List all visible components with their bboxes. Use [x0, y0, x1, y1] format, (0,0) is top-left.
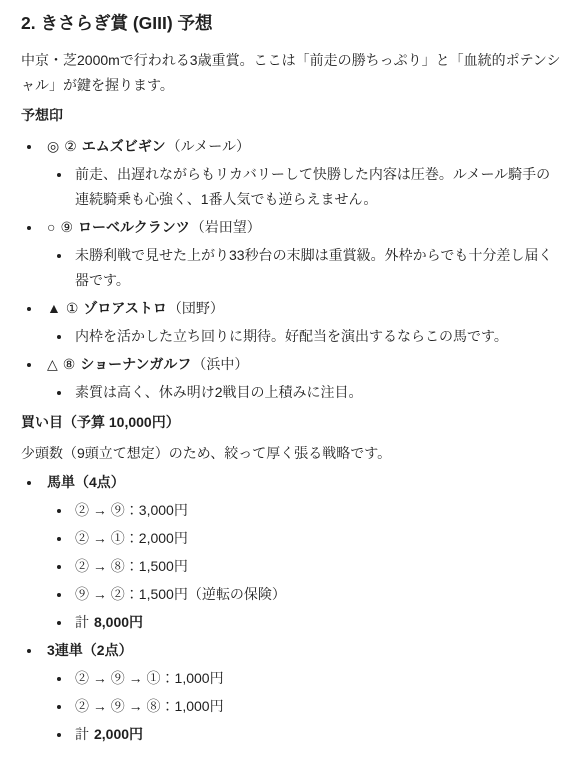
pick-number: ⑧ — [63, 356, 76, 372]
bet-line: ⑨ → ②：1,500円（逆転の保険） — [47, 582, 564, 607]
bet-total-line: 計2,000円 — [47, 722, 564, 747]
pick-number: ② — [64, 138, 77, 154]
pick-mark: ◎ — [47, 138, 59, 154]
pick-item: ◎②エムズビギン（ルメール） 前走、出遅れながらもリカバリーして快勝した内容は圧… — [21, 134, 564, 212]
bet-group-label: 3連単（2点） — [47, 642, 133, 658]
bet-line: ② → ⑨ → ⑧：1,000円 — [47, 694, 564, 719]
pick-jockey: （浜中） — [192, 356, 248, 372]
pick-jockey: （団野） — [168, 300, 224, 316]
pick-horse-name: ローベルクランツ — [78, 219, 190, 235]
pick-comment: 未勝利戦で見せた上がり33秒台の末脚は重賞級。外枠からでも十分差し届く器です。 — [47, 243, 564, 293]
marks-heading: 予想印 — [21, 104, 564, 126]
page-title: 2. きさらぎ賞 (GIII) 予想 — [21, 12, 564, 35]
pick-jockey: （ルメール） — [167, 138, 250, 154]
pick-comment: 内枠を活かした立ち回りに期待。好配当を演出するならこの馬です。 — [47, 324, 564, 349]
bet-lines: ② → ⑨：3,000円 ② → ①：2,000円 ② → ⑧：1,500円 ⑨… — [47, 498, 564, 635]
pick-item: ○⑨ローベルクランツ（岩田望） 未勝利戦で見せた上がり33秒台の末脚は重賞級。外… — [21, 215, 564, 293]
pick-horse-name: ゾロアストロ — [83, 300, 166, 316]
pick-mark: ▲ — [47, 300, 61, 316]
pick-comment-list: 素質は高く、休み明け2戦目の上積みに注目。 — [47, 380, 564, 405]
pick-item: ▲①ゾロアストロ（団野） 内枠を活かした立ち回りに期待。好配当を演出するならこの… — [21, 296, 564, 349]
bet-total-line: 計8,000円 — [47, 610, 564, 635]
pick-horse-name: ショーナンガルフ — [80, 356, 191, 372]
pick-comment: 素質は高く、休み明け2戦目の上積みに注目。 — [47, 380, 564, 405]
bet-total-prefix: 計 — [75, 614, 89, 630]
pick-mark: △ — [47, 356, 58, 372]
pick-mark: ○ — [47, 219, 55, 235]
bet-lines: ② → ⑨ → ①：1,000円 ② → ⑨ → ⑧：1,000円 計2,000… — [47, 666, 564, 747]
bets-heading: 買い目（予算 10,000円） — [21, 411, 564, 433]
pick-comment-list: 未勝利戦で見せた上がり33秒台の末脚は重賞級。外枠からでも十分差し届く器です。 — [47, 243, 564, 293]
bet-total-amount: 2,000円 — [94, 726, 143, 742]
bet-line: ② → ⑨：3,000円 — [47, 498, 564, 523]
bet-total-prefix: 計 — [75, 726, 89, 742]
bet-total-amount: 8,000円 — [94, 614, 143, 630]
pick-comment-list: 前走、出遅れながらもリカバリーして快勝した内容は圧巻。ルメール騎手の連続騎乗も心… — [47, 162, 564, 212]
bets-intro-paragraph: 少頭数（9頭立て想定）のため、絞って厚く張る戦略です。 — [21, 441, 564, 466]
pick-comment: 前走、出遅れながらもリカバリーして快勝した内容は圧巻。ルメール騎手の連続騎乗も心… — [47, 162, 564, 212]
bet-line: ② → ⑧：1,500円 — [47, 554, 564, 579]
bet-line: ② → ⑨ → ①：1,000円 — [47, 666, 564, 691]
bet-group: 馬単（4点） ② → ⑨：3,000円 ② → ①：2,000円 ② → ⑧：1… — [21, 470, 564, 635]
pick-horse-name: エムズビギン — [82, 138, 166, 154]
prediction-document: 2. きさらぎ賞 (GIII) 予想 中京・芝2000mで行われる3歳重賞。ここ… — [0, 0, 580, 762]
pick-jockey: （岩田望） — [191, 219, 261, 235]
bets-list: 馬単（4点） ② → ⑨：3,000円 ② → ①：2,000円 ② → ⑧：1… — [21, 470, 564, 747]
bet-group-label: 馬単（4点） — [47, 474, 125, 490]
pick-comment-list: 内枠を活かした立ち回りに期待。好配当を演出するならこの馬です。 — [47, 324, 564, 349]
intro-paragraph: 中京・芝2000mで行われる3歳重賞。ここは「前走の勝ちっぷり」と「血統的ポテン… — [21, 48, 564, 98]
pick-item: △⑧ショーナンガルフ（浜中） 素質は高く、休み明け2戦目の上積みに注目。 — [21, 352, 564, 405]
picks-list: ◎②エムズビギン（ルメール） 前走、出遅れながらもリカバリーして快勝した内容は圧… — [21, 134, 564, 405]
bet-group: 3連単（2点） ② → ⑨ → ①：1,000円 ② → ⑨ → ⑧：1,000… — [21, 638, 564, 747]
pick-number: ⑨ — [60, 219, 73, 235]
bet-line: ② → ①：2,000円 — [47, 526, 564, 551]
pick-number: ① — [66, 300, 79, 316]
